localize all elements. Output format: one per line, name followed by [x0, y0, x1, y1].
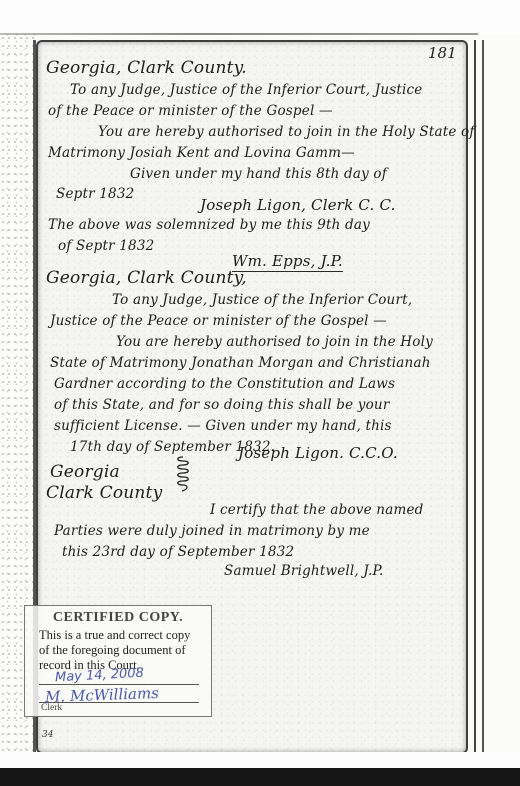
scan-top-margin: [0, 0, 520, 34]
entry-1-line: Given under my hand this 8th day of: [130, 166, 387, 182]
entry-3-line: I certify that the above named: [210, 502, 423, 518]
right-binding-rule: [474, 40, 476, 752]
entry-1-solemnized-line: of Septr 1832: [58, 238, 154, 254]
entry-3-line: Parties were duly joined in matrimony by…: [54, 523, 370, 539]
scanner-edge-bar: [0, 768, 520, 786]
entry-3-heading-county: Clark County: [46, 483, 162, 503]
scan-bottom-margin: [0, 752, 520, 768]
entry-1-heading: Georgia, Clark County.: [46, 58, 247, 78]
entry-2-line: To any Judge, Justice of the Inferior Co…: [112, 292, 412, 308]
certified-copy-stamp: CERTIFIED COPY. This is a true and corre…: [24, 605, 212, 717]
clerk-flourish-icon: [174, 455, 192, 493]
entry-2-line: State of Matrimony Jonathan Morgan and C…: [50, 355, 431, 371]
stamp-text-line: of the foregoing document of: [39, 643, 185, 658]
page-top-edge: [0, 33, 478, 35]
entry-1-line: Septr 1832: [56, 186, 134, 202]
stamp-title: CERTIFIED COPY.: [25, 610, 211, 626]
entry-2-line: You are hereby authorised to join in the…: [116, 334, 433, 350]
entry-1-solemnized-line: The above was solemnized by me this 9th …: [48, 217, 370, 233]
entry-2-clerk-signature: Joseph Ligon. C.C.O.: [238, 444, 398, 462]
right-binding-rule-outer: [482, 40, 484, 752]
entry-1-clerk-signature: Joseph Ligon, Clerk C. C.: [200, 196, 396, 214]
entry-1-officiant-signature: Wm. Epps, J.P.: [232, 252, 343, 272]
stamp-signature-rule: [39, 702, 199, 703]
entry-2-heading: Georgia, Clark County,: [46, 268, 247, 288]
entry-3-heading-state: Georgia: [50, 462, 120, 482]
entry-2-line: of this State, and for so doing this sha…: [54, 397, 389, 413]
stamp-handwritten-date: May 14, 2008: [55, 666, 145, 686]
stamp-text-line: This is a true and correct copy: [39, 628, 190, 643]
entry-2-line: sufficient License. — Given under my han…: [54, 418, 392, 434]
page-number: 181: [428, 44, 457, 62]
footer-mark: 34: [42, 730, 53, 740]
entry-1-line: To any Judge, Justice of the Inferior Co…: [70, 82, 422, 98]
entry-3-officiant-signature: Samuel Brightwell, J.P.: [224, 563, 384, 579]
entry-1-line: You are hereby authorised to join in the…: [98, 124, 475, 140]
stamp-clerk-label: Clerk: [41, 703, 62, 713]
entry-3-line: this 23rd day of September 1832: [62, 544, 294, 560]
entry-1-line: Matrimony Josiah Kent and Lovina Gamm—: [48, 145, 355, 161]
entry-1-line: of the Peace or minister of the Gospel —: [48, 103, 333, 119]
entry-2-line: Gardner according to the Constitution an…: [54, 376, 395, 392]
entry-2-line: Justice of the Peace or minister of the …: [50, 313, 387, 329]
